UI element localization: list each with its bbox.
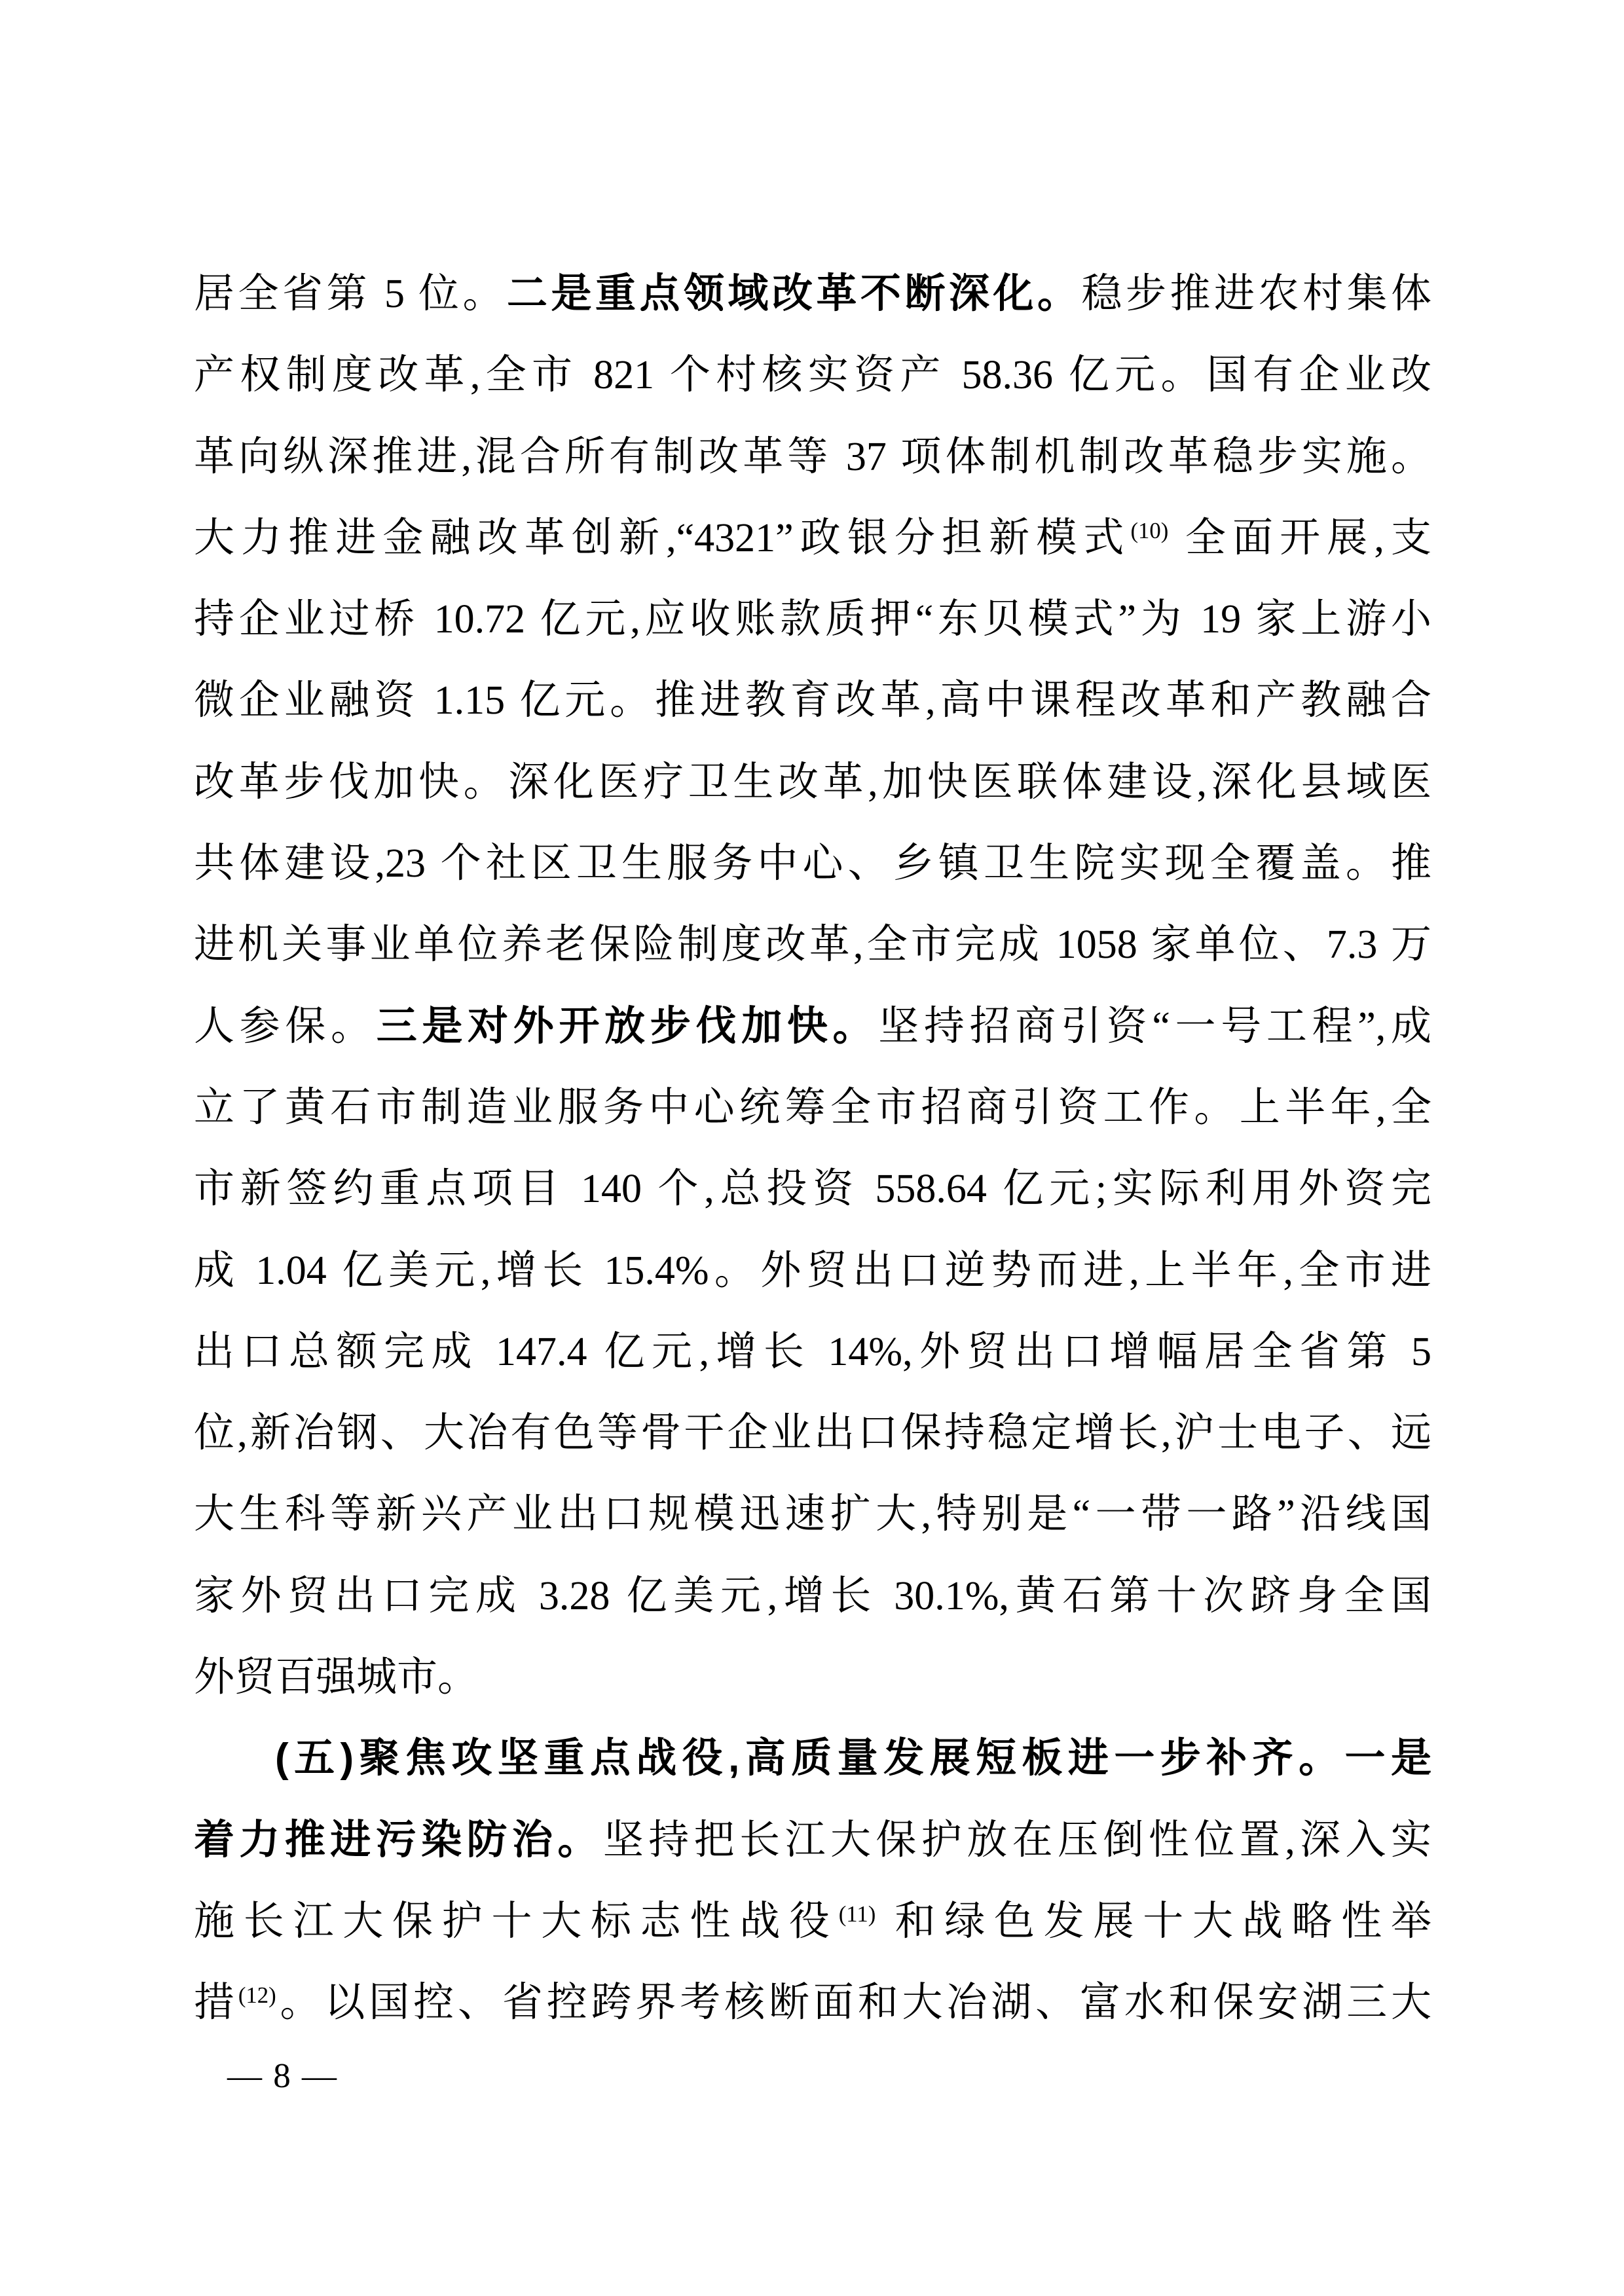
text-line: 立了黄石市制造业服务中心统筹全市招商引资工作。上半年,全 bbox=[194, 1067, 1431, 1148]
text-line: 成 1.04 亿美元,增长 15.4%。外贸出口逆势而进,上半年,全市进 bbox=[194, 1230, 1431, 1311]
text-run: 。以国控、省控跨界考核断面和大冶湖、富水和保安湖三大 bbox=[276, 1980, 1431, 2025]
text-run: 改革步伐加快。深化医疗卫生改革,加快医联体建设,深化县域医 bbox=[194, 760, 1431, 805]
text-line: 家外贸出口完成 3.28 亿美元,增长 30.1%,黄石第十次跻身全国 bbox=[194, 1556, 1431, 1637]
text-line: 大生科等新兴产业出口规模迅速扩大,特别是“一带一路”沿线国 bbox=[194, 1474, 1431, 1555]
text-run: 家外贸出口完成 3.28 亿美元,增长 30.1%,黄石第十次跻身全国 bbox=[194, 1574, 1431, 1618]
text-line: 着力推进污染防治。坚持把长江大保护放在压倒性位置,深入实 bbox=[194, 1800, 1431, 1881]
text-run: 和绿色发展十大战略性举 bbox=[876, 1899, 1431, 1944]
text-run: 坚持把长江大保护放在压倒性位置,深入实 bbox=[603, 1818, 1431, 1863]
bold-emphasis-run: 着力推进污染防治。 bbox=[194, 1817, 603, 1863]
text-run: 微企业融资 1.15 亿元。推进教育改革,高中课程改革和产教融合 bbox=[194, 678, 1431, 723]
text-run: 居全省第 5 位。 bbox=[194, 272, 507, 316]
footnote-ref: (10) bbox=[1130, 518, 1168, 543]
text-line: 微企业融资 1.15 亿元。推进教育改革,高中课程改革和产教融合 bbox=[194, 660, 1431, 741]
text-run: 坚持招商引资“一号工程”,成 bbox=[878, 1004, 1431, 1049]
text-line: 大力推进金融改革创新,“4321”政银分担新模式(10) 全面开展,支 bbox=[194, 498, 1431, 579]
text-run: 成 1.04 亿美元,增长 15.4%。外贸出口逆势而进,上半年,全市进 bbox=[194, 1248, 1431, 1293]
text-line: 共体建设,23 个社区卫生服务中心、乡镇卫生院实现全覆盖。推 bbox=[194, 823, 1431, 904]
text-run: 外贸百强城市。 bbox=[194, 1655, 478, 1700]
text-run: 位,新冶钢、大冶有色等骨干企业出口保持稳定增长,沪士电子、远 bbox=[194, 1411, 1431, 1455]
text-run: 共体建设,23 个社区卫生服务中心、乡镇卫生院实现全覆盖。推 bbox=[194, 841, 1431, 886]
text-run: 措 bbox=[194, 1980, 238, 2025]
text-run: 出口总额完成 147.4 亿元,增长 14%,外贸出口增幅居全省第 5 bbox=[194, 1330, 1431, 1374]
text-line: 改革步伐加快。深化医疗卫生改革,加快医联体建设,深化县域医 bbox=[194, 742, 1431, 823]
text-run: 大生科等新兴产业出口规模迅速扩大,特别是“一带一路”沿线国 bbox=[194, 1492, 1431, 1537]
footnote-ref: (12) bbox=[238, 1982, 276, 2008]
text-run: 人参保。 bbox=[194, 1004, 377, 1049]
bold-emphasis-run: 二是重点领域改革不断深化。 bbox=[507, 271, 1081, 316]
text-line: 产权制度改革,全市 821 个村核实资产 58.36 亿元。国有企业改 bbox=[194, 335, 1431, 416]
bold-emphasis-run: (五)聚焦攻坚重点战役,高质量发展短板进一步补齐。一是 bbox=[275, 1736, 1431, 1781]
text-line: 人参保。三是对外开放步伐加快。坚持招商引资“一号工程”,成 bbox=[194, 986, 1431, 1067]
footnote-ref: (11) bbox=[839, 1901, 876, 1927]
text-run: 市新签约重点项目 140 个,总投资 558.64 亿元;实际利用外资完 bbox=[194, 1167, 1431, 1211]
text-line: 出口总额完成 147.4 亿元,增长 14%,外贸出口增幅居全省第 5 bbox=[194, 1311, 1431, 1393]
body-text: 居全省第 5 位。二是重点领域改革不断深化。稳步推进农村集体产权制度改革,全市 … bbox=[194, 253, 1431, 2044]
text-line: 持企业过桥 10.72 亿元,应收账款质押“东贝模式”为 19 家上游小 bbox=[194, 579, 1431, 660]
text-line: 进机关事业单位养老保险制度改革,全市完成 1058 家单位、7.3 万 bbox=[194, 904, 1431, 985]
text-line: 措(12)。以国控、省控跨界考核断面和大冶湖、富水和保安湖三大 bbox=[194, 1962, 1431, 2043]
text-run: 革向纵深推进,混合所有制改革等 37 项体制机制改革稳步实施。 bbox=[194, 435, 1431, 479]
text-run: 施长江大保护十大标志性战役 bbox=[194, 1899, 839, 1944]
text-line: 革向纵深推进,混合所有制改革等 37 项体制机制改革稳步实施。 bbox=[194, 416, 1431, 498]
text-run: 稳步推进农村集体 bbox=[1081, 272, 1431, 316]
page-number: — 8 — bbox=[227, 2056, 338, 2096]
text-line: 施长江大保护十大标志性战役(11) 和绿色发展十大战略性举 bbox=[194, 1881, 1431, 1962]
bold-emphasis-run: 三是对外开放步伐加快。 bbox=[377, 1004, 879, 1049]
text-line: (五)聚焦攻坚重点战役,高质量发展短板进一步补齐。一是 bbox=[194, 1718, 1431, 1799]
text-run: 立了黄石市制造业服务中心统筹全市招商引资工作。上半年,全 bbox=[194, 1085, 1431, 1130]
document-page: 居全省第 5 位。二是重点领域改革不断深化。稳步推进农村集体产权制度改革,全市 … bbox=[0, 0, 1624, 2296]
text-line: 市新签约重点项目 140 个,总投资 558.64 亿元;实际利用外资完 bbox=[194, 1148, 1431, 1230]
text-run: 大力推进金融改革创新,“4321”政银分担新模式 bbox=[194, 516, 1130, 560]
text-run: 进机关事业单位养老保险制度改革,全市完成 1058 家单位、7.3 万 bbox=[194, 922, 1431, 967]
text-run: 产权制度改革,全市 821 个村核实资产 58.36 亿元。国有企业改 bbox=[194, 353, 1431, 397]
text-line: 居全省第 5 位。二是重点领域改革不断深化。稳步推进农村集体 bbox=[194, 253, 1431, 335]
text-run: 持企业过桥 10.72 亿元,应收账款质押“东贝模式”为 19 家上游小 bbox=[194, 597, 1431, 642]
text-line: 位,新冶钢、大冶有色等骨干企业出口保持稳定增长,沪士电子、远 bbox=[194, 1393, 1431, 1474]
text-run: 全面开展,支 bbox=[1168, 516, 1431, 560]
text-line: 外贸百强城市。 bbox=[194, 1637, 1431, 1718]
